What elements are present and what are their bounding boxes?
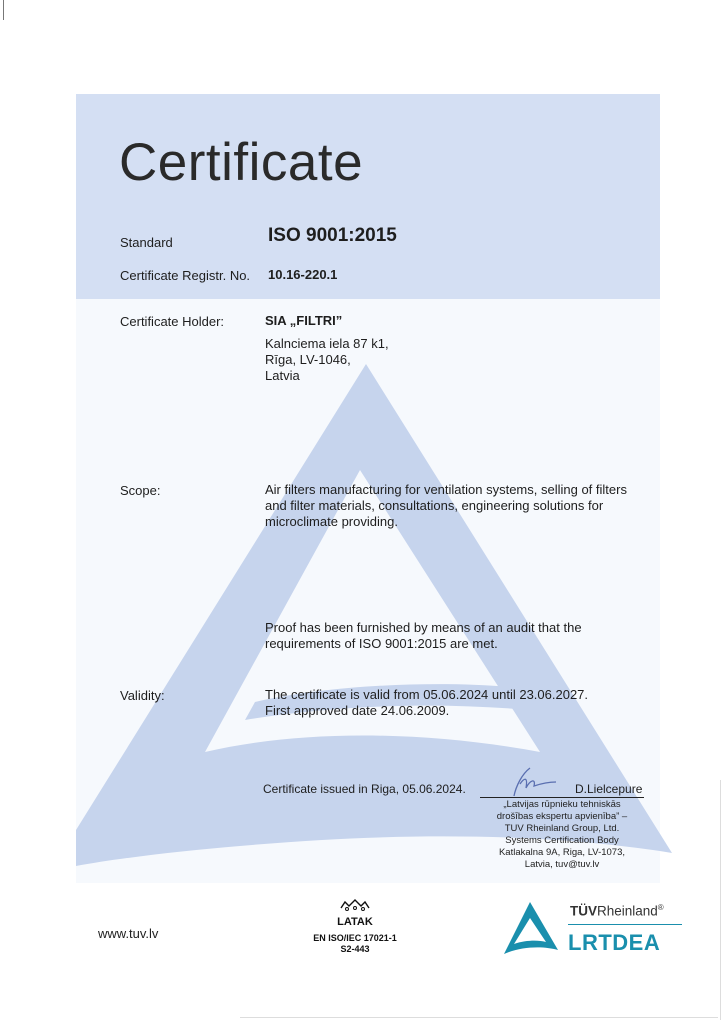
latak-logo-icon: LATAK <box>333 898 377 928</box>
address-line: Kalnciema iela 87 k1, <box>265 336 389 352</box>
svg-text:LATAK: LATAK <box>337 916 373 928</box>
scope-line: and filter materials, consultations, eng… <box>265 498 627 514</box>
scope-label: Scope: <box>120 483 160 498</box>
validity-line: The certificate is valid from 05.06.2024… <box>265 687 588 703</box>
registr-value: 10.16-220.1 <box>268 267 337 283</box>
registered-mark: ® <box>658 903 664 912</box>
scan-edge <box>240 1017 718 1018</box>
address-line: Rīga, LV-1046, <box>265 352 389 368</box>
registr-label: Certificate Registr. No. <box>120 268 250 283</box>
scope-line: microclimate providing. <box>265 514 627 530</box>
validity-text: The certificate is valid from 05.06.2024… <box>265 687 588 719</box>
latak-accreditation: LATAK EN ISO/IEC 17021-1 S2-443 <box>300 898 410 955</box>
holder-address: Kalnciema iela 87 k1, Rīga, LV-1046, Lat… <box>265 336 389 384</box>
issued-text: Certificate issued in Riga, 05.06.2024. <box>263 782 466 796</box>
holder-label: Certificate Holder: <box>120 314 224 329</box>
scope-text: Air filters manufacturing for ventilatio… <box>265 482 627 530</box>
certificate-title: Certificate <box>119 132 363 193</box>
accreditation-standard: EN ISO/IEC 17021-1 <box>300 933 410 944</box>
issuer-info: „Latvijas rūpnieku tehniskās drošības ek… <box>484 799 640 871</box>
website-link[interactable]: www.tuv.lv <box>98 926 158 941</box>
validity-label: Validity: <box>120 688 165 703</box>
signature-icon <box>500 764 560 800</box>
signer-name: D.Lielcepure <box>575 782 642 796</box>
issuer-line: TUV Rheinland Group, Ltd. <box>484 823 640 835</box>
scope-line: Air filters manufacturing for ventilatio… <box>265 482 627 498</box>
issuer-line: Katlakalna 9A, Riga, LV-1073, <box>484 847 640 859</box>
issuer-line: Latvia, tuv@tuv.lv <box>484 859 640 871</box>
validity-line: First approved date 24.06.2009. <box>265 703 588 719</box>
scan-edge <box>3 0 4 20</box>
standard-label: Standard <box>120 235 173 250</box>
issuer-line: „Latvijas rūpnieku tehniskās <box>484 799 640 811</box>
brand-tuv: TÜV <box>570 904 597 919</box>
holder-name: SIA „FILTRI” <box>265 313 342 329</box>
tuv-triangle-logo-icon <box>500 898 562 958</box>
address-line: Latvia <box>265 368 389 384</box>
brand-rheinland: Rheinland <box>597 904 658 919</box>
issuer-line: Systems Certification Body <box>484 835 640 847</box>
standard-value: ISO 9001:2015 <box>268 228 397 244</box>
lrtdea-brand: LRTDEA <box>568 930 660 956</box>
proof-text: Proof has been furnished by means of an … <box>265 620 582 652</box>
proof-line: requirements of ISO 9001:2015 are met. <box>265 636 582 652</box>
proof-line: Proof has been furnished by means of an … <box>265 620 582 636</box>
issuer-line: drošības ekspertu apvienība” – <box>484 811 640 823</box>
signature-line <box>480 797 644 798</box>
brand-divider <box>568 924 682 925</box>
tuv-rheinland-brand: TÜVRheinland® <box>570 903 664 919</box>
accreditation-number: S2-443 <box>300 944 410 955</box>
scan-edge <box>720 780 721 1020</box>
